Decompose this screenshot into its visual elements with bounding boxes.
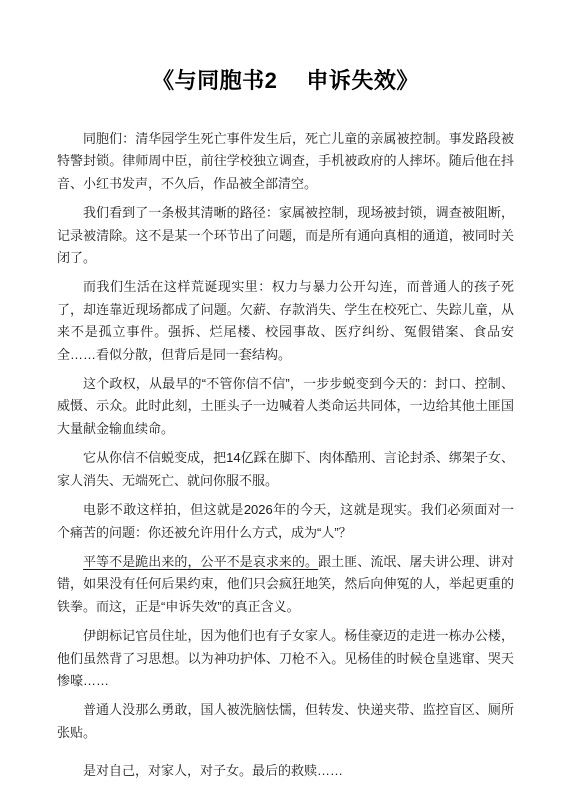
paragraph: 是对自己，对家人，对子女。最后的救赎…… bbox=[57, 760, 514, 782]
paragraph: 普通人没那么勇敢，国人被洗脑怯懦，但转发、快递夹带、监控盲区、厕所张贴。 bbox=[57, 699, 514, 744]
paragraph: 电影不敢这样拍，但这就是2026年的今天，这就是现实。我们必须面对一个痛苦的问题… bbox=[57, 499, 514, 544]
paragraph: 而我们生活在这样荒诞现实里：权力与暴力公开勾连，而普通人的孩子死了，却连靠近现场… bbox=[57, 276, 514, 366]
underlined-sentence: 平等不是跪出来的，公平不是哀求来的。 bbox=[83, 554, 318, 569]
paragraph: 平等不是跪出来的，公平不是哀求来的。跟土匪、流氓、屠夫讲公理、讲对错，如果没有任… bbox=[57, 551, 514, 618]
paragraph: 同胞们：清华园学生死亡事件发生后，死亡儿童的亲属被控制。事发路段被特警封锁。律师… bbox=[57, 128, 514, 195]
paragraph: 伊朗标记官员住址，因为他们也有子女家人。杨佳豪迈的走进一栋办公楼，他们虽然背了习… bbox=[57, 625, 514, 692]
document-body: 同胞们：清华园学生死亡事件发生后，死亡儿童的亲属被控制。事发路段被特警封锁。律师… bbox=[57, 128, 514, 783]
paragraph: 我们看到了一条极其清晰的路径：家属被控制，现场被封锁，调查被阻断，记录被清除。这… bbox=[57, 202, 514, 269]
paragraph: 这个政权，从最早的“不管你信不信”，一步步蜕变到今天的：封口、控制、威慑、示众。… bbox=[57, 373, 514, 440]
document-page: 《与同胞书2 申诉失效》 同胞们：清华园学生死亡事件发生后，死亡儿童的亲属被控制… bbox=[0, 0, 569, 800]
document-title: 《与同胞书2 申诉失效》 bbox=[57, 64, 514, 95]
paragraph: 它从你信不信蜕变成，把14亿踩在脚下、肉体酷刑、言论封杀、绑架子女、家人消失、无… bbox=[57, 447, 514, 492]
